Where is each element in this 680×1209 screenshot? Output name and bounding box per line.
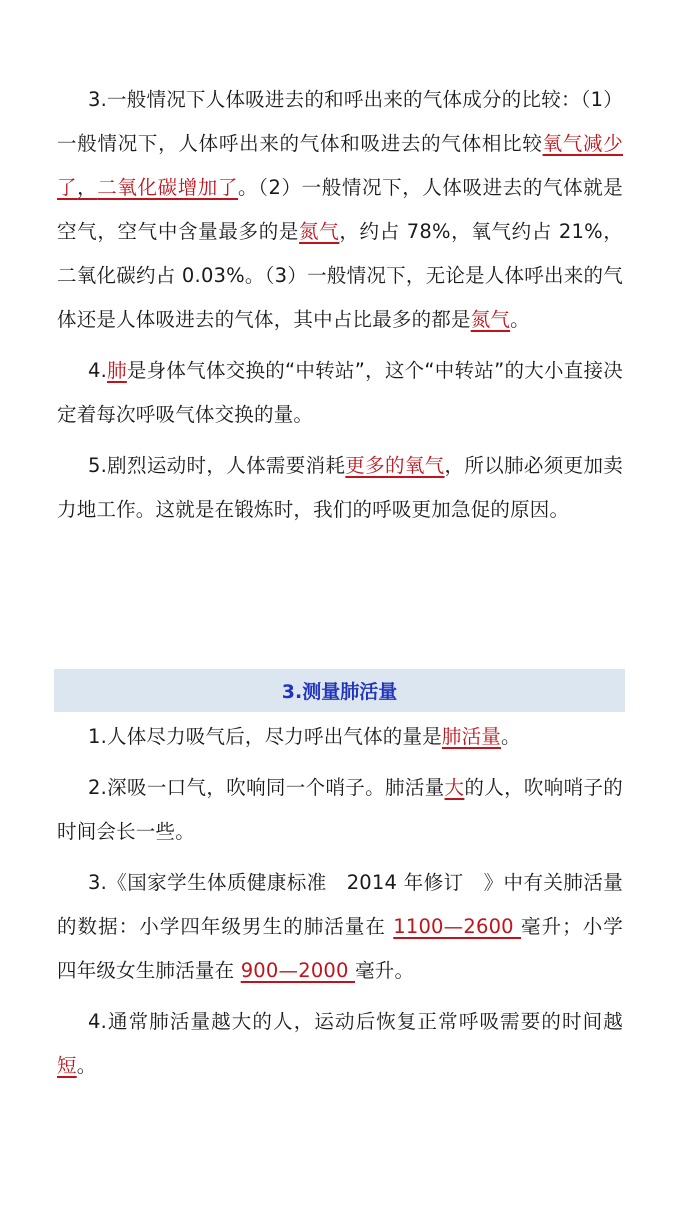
paragraph-standard-data: 3.《国家学生体质健康标准 2014 年修订 》中有关肺活量的数据：小学四年级男… (57, 861, 623, 993)
text: 。 (77, 1054, 97, 1077)
section-header: 3.测量肺活量 (54, 669, 625, 712)
answer-boys-range: 1100—2600 (393, 915, 521, 938)
text: 。 (510, 308, 530, 331)
text: ， (77, 176, 97, 199)
breathing-notes-part2: 1.人体尽力吸气后，尽力呼出气体的量是肺活量。 2.深吸一口气，吹响同一个哨子。… (57, 715, 623, 1095)
answer-nitrogen: 氮气 (299, 220, 339, 243)
breathing-notes-part1: 3.一般情况下人体吸进去的和呼出来的气体成分的比较：（1）一般情况下，人体呼出来… (57, 78, 623, 539)
answer-short: 短 (57, 1054, 77, 1077)
text: 4. (88, 359, 107, 382)
text: 。 (501, 725, 521, 748)
paragraph-vital-capacity-definition: 1.人体尽力吸气后，尽力呼出气体的量是肺活量。 (57, 715, 623, 759)
text: 毫升。 (355, 959, 414, 982)
paragraph-exercise: 5.剧烈运动时，人体需要消耗更多的氧气，所以肺必须更加卖力地工作。这就是在锻炼时… (57, 444, 623, 532)
text: 1.人体尽力吸气后，尽力呼出气体的量是 (88, 725, 442, 748)
answer-co2-increased: 二氧化碳增加了 (97, 176, 238, 199)
answer-more-oxygen: 更多的氧气 (345, 454, 444, 477)
text: 5.剧烈运动时，人体需要消耗 (88, 454, 345, 477)
paragraph-recovery: 4.通常肺活量越大的人，运动后恢复正常呼吸需要的时间越短。 (57, 1000, 623, 1088)
answer-lung: 肺 (107, 359, 127, 382)
text: 3.一般情况下人体吸进去的和呼出来的气体成分的比较：（1）一般情况下，人体呼出来… (57, 88, 623, 155)
text: 4.通常肺活量越大的人，运动后恢复正常呼吸需要的时间越 (88, 1010, 623, 1033)
answer-nitrogen-most: 氮气 (471, 308, 510, 331)
paragraph-whistle: 2.深吸一口气，吹响同一个哨子。肺活量大的人，吹响哨子的时间会长一些。 (57, 766, 623, 854)
answer-vital-capacity: 肺活量 (442, 725, 501, 748)
answer-big: 大 (445, 776, 465, 799)
text: 2.深吸一口气，吹响同一个哨子。肺活量 (88, 776, 445, 799)
text: 是身体气体交换的“中转站”，这个“中转站”的大小直接决定着每次呼吸气体交换的量。 (57, 359, 623, 426)
paragraph-lung-transfer: 4.肺是身体气体交换的“中转站”，这个“中转站”的大小直接决定着每次呼吸气体交换… (57, 349, 623, 437)
paragraph-gas-composition: 3.一般情况下人体吸进去的和呼出来的气体成分的比较：（1）一般情况下，人体呼出来… (57, 78, 623, 342)
section-title: 3.测量肺活量 (282, 677, 397, 704)
answer-girls-range: 900—2000 (241, 959, 355, 982)
